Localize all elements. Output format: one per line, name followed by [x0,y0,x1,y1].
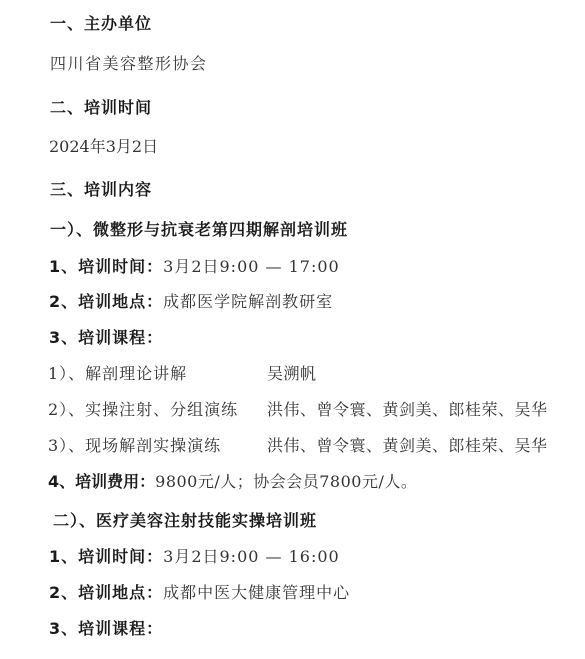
organizer-heading: 一、主办单位 [50,14,152,34]
class1-fee-label: 4、培训费用： [48,472,155,491]
class2-location-value: 成都中医大健康管理中心 [163,583,350,602]
class1-fee-row: 4、培训费用：9800元/人；协会会员7800元/人。 [48,472,417,492]
class2-time-value: 3月2日9:00 — 16:00 [163,547,340,566]
class1-time-row: 1、培训时间：3月2日9:00 — 17:00 [49,257,340,277]
course-row: 1）、解剖理论讲解 吴溯帆 [48,364,585,384]
training-content-heading: 三、培训内容 [50,180,152,200]
course-teachers: 吴溯帆 [267,364,317,384]
class1-time-label: 1、培训时间： [49,257,163,276]
class1-title: 一）、微整形与抗衰老第四期解剖培训班 [50,220,348,240]
course-teachers: 洪伟、曾令寰、黄剑美、郎桂荣、吴华 [267,436,548,456]
class1-courses-label: 3、培训课程： [49,328,163,348]
course-title: 3）、现场解剖实操演练 [48,436,221,456]
course-title: 2）、实操注射、分组演练 [48,400,238,420]
class2-location-row: 2、培训地点：成都中医大健康管理中心 [49,583,350,603]
training-date: 2024年3月2日 [49,137,158,157]
organizer-name: 四川省美容整形协会 [50,54,208,74]
class2-courses-label: 3、培训课程： [49,619,163,639]
course-title: 1）、解剖理论讲解 [48,364,187,384]
training-time-heading: 二、培训时间 [50,98,152,118]
course-row: 2）、实操注射、分组演练 洪伟、曾令寰、黄剑美、郎桂荣、吴华 [48,400,585,420]
course-teachers: 洪伟、曾令寰、黄剑美、郎桂荣、吴华 [267,400,548,420]
course-row: 3）、现场解剖实操演练 洪伟、曾令寰、黄剑美、郎桂荣、吴华 [48,436,585,456]
class1-time-value: 3月2日9:00 — 17:00 [163,257,340,276]
class2-title: 二）、医疗美容注射技能实操培训班 [53,511,317,531]
class2-time-label: 1、培训时间： [49,547,163,566]
class1-location-value: 成都医学院解剖教研室 [163,292,333,311]
class2-time-row: 1、培训时间：3月2日9:00 — 16:00 [49,547,340,567]
class1-location-label: 2、培训地点： [49,292,163,311]
class1-location-row: 2、培训地点：成都医学院解剖教研室 [49,292,333,312]
class2-location-label: 2、培训地点： [49,583,163,602]
class1-fee-value: 9800元/人；协会会员7800元/人。 [155,472,417,491]
